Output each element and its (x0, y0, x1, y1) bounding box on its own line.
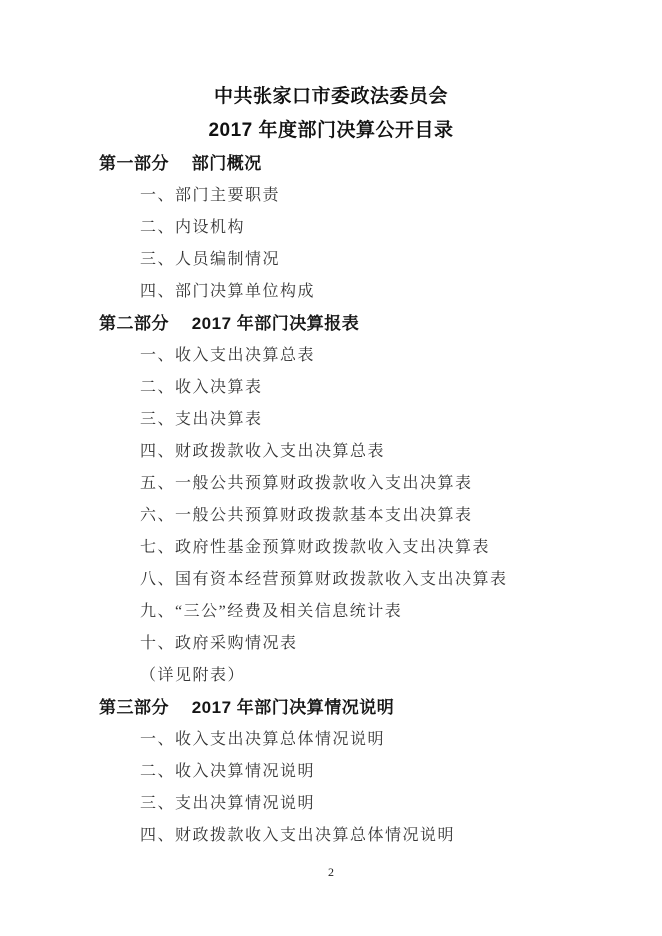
toc-item: 十、政府采购情况表 (99, 628, 622, 660)
section-items: 一、部门主要职责二、内设机构三、人员编制情况四、部门决算单位构成 (99, 180, 622, 308)
toc-item: 九、“三公”经费及相关信息统计表 (99, 596, 622, 628)
toc-item: 七、政府性基金预算财政拨款收入支出决算表 (99, 532, 622, 564)
toc-section: 第三部分 2017 年部门决算情况说明 一、收入支出决算总体情况说明二、收入决算… (99, 692, 622, 852)
toc-item: 二、内设机构 (99, 212, 622, 244)
toc-item: 五、一般公共预算财政拨款收入支出决算表 (99, 468, 622, 500)
section-items: 一、收入支出决算总体情况说明二、收入决算情况说明三、支出决算情况说明四、财政拨款… (99, 724, 622, 852)
toc-item: 八、国有资本经营预算财政拨款收入支出决算表 (99, 564, 622, 596)
document-subtitle: 2017 年度部门决算公开目录 (0, 114, 662, 148)
toc-item: 四、部门决算单位构成 (99, 276, 622, 308)
toc-item: 三、支出决算情况说明 (99, 788, 622, 820)
toc-sections: 第一部分 部门概况 一、部门主要职责二、内设机构三、人员编制情况四、部门决算单位… (99, 148, 622, 852)
toc-item: 一、收入支出决算总体情况说明 (99, 724, 622, 756)
page-number: 2 (0, 864, 662, 880)
section-heading: 第二部分 2017 年部门决算报表 (99, 308, 622, 340)
toc-item: 一、部门主要职责 (99, 180, 622, 212)
section-heading: 第三部分 2017 年部门决算情况说明 (99, 692, 622, 724)
toc-item: 四、财政拨款收入支出决算总表 (99, 436, 622, 468)
section-heading: 第一部分 部门概况 (99, 148, 622, 180)
toc-item: 六、一般公共预算财政拨款基本支出决算表 (99, 500, 622, 532)
section-items: 一、收入支出决算总表二、收入决算表三、支出决算表四、财政拨款收入支出决算总表五、… (99, 340, 622, 692)
toc-item: 二、收入决算情况说明 (99, 756, 622, 788)
document-title: 中共张家口市委政法委员会 (0, 80, 662, 114)
toc-item: 三、人员编制情况 (99, 244, 622, 276)
document-page: 中共张家口市委政法委员会 2017 年度部门决算公开目录 第一部分 部门概况 一… (0, 0, 662, 936)
toc-item: 二、收入决算表 (99, 372, 622, 404)
toc-section: 第二部分 2017 年部门决算报表 一、收入支出决算总表二、收入决算表三、支出决… (99, 308, 622, 692)
toc-section: 第一部分 部门概况 一、部门主要职责二、内设机构三、人员编制情况四、部门决算单位… (99, 148, 622, 308)
toc-item: 一、收入支出决算总表 (99, 340, 622, 372)
toc-item: 三、支出决算表 (99, 404, 622, 436)
section-note: （详见附表） (99, 660, 622, 692)
toc-item: 四、财政拨款收入支出决算总体情况说明 (99, 820, 622, 852)
